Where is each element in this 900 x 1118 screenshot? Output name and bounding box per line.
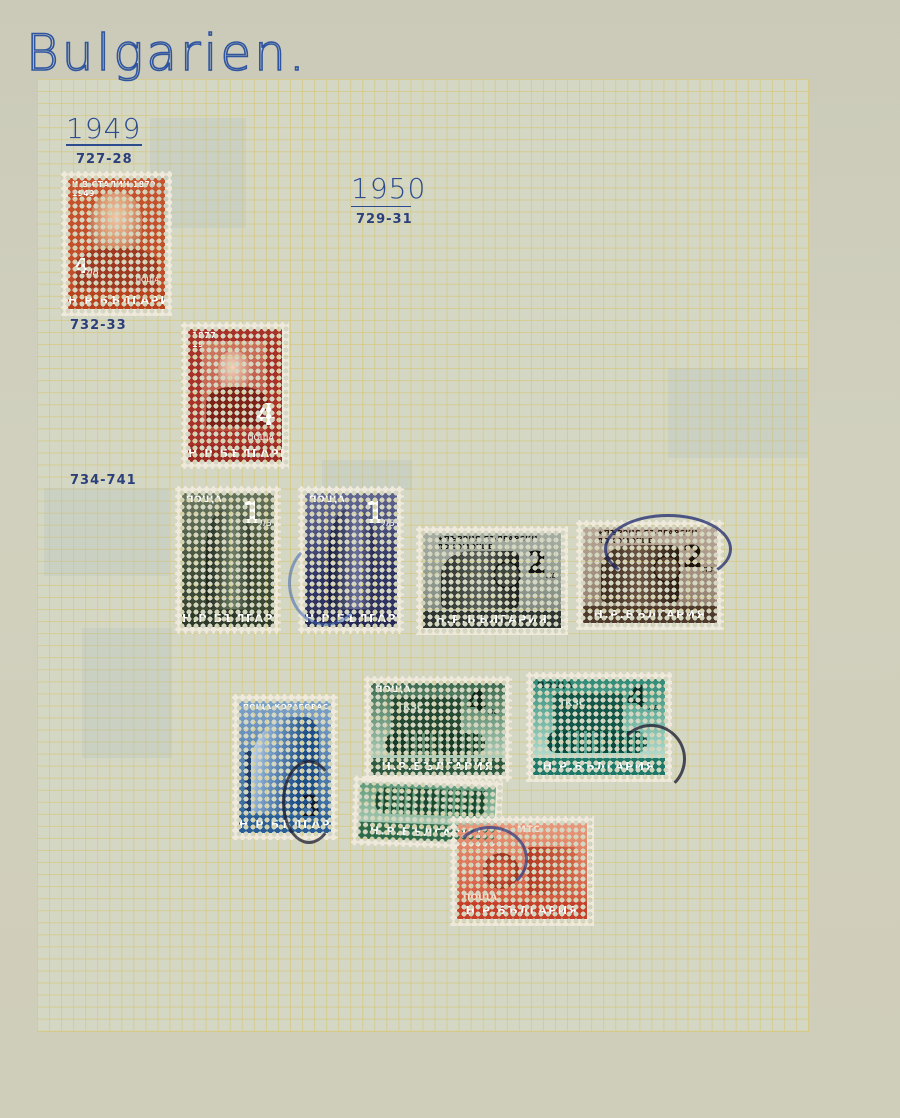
stamp-country: Н.Р.БЪЛГАРИЯ (188, 445, 282, 462)
stamp-miner-green[interactable]: ПОЩА 1 ЛВ Н.Р.БЪЛГАРИЯ (175, 486, 281, 634)
stamp-country: Н.Р.БЪЛГАРИЯ (305, 610, 397, 627)
stamp-country: Н.Р.БЪЛГАРИЯ (583, 606, 717, 623)
tractor-wheel (483, 853, 519, 889)
year-heading-1950: 1950 (351, 172, 426, 205)
ghost-mark (668, 368, 808, 458)
crane (245, 751, 251, 811)
year-underline (66, 144, 142, 146)
catalogue-range: 734-741 (70, 473, 137, 488)
stamp-unit: лв (488, 707, 499, 717)
tractor-badge: ТКЗС (559, 699, 586, 709)
year-underline (351, 206, 411, 207)
locomotive-star (653, 555, 681, 583)
stamp-value: 2 (526, 549, 547, 579)
stamp-post: ПОЩА (136, 276, 159, 284)
stamp-kolarov[interactable]: 1877 1950 4 ПОЩА Н.Р.БЪЛГАРИЯ (181, 322, 289, 469)
stamp-inscription: ПОЩА (537, 681, 573, 691)
album-page: Bulgarien. 1949 727-28 1950 729-31 732-3… (0, 0, 900, 1118)
stamp-miner-blue[interactable]: ПОЩА 1 ЛВ Н.Р.БЪЛГАРИЯ (298, 486, 404, 634)
stamp-unit: ЛВ (259, 519, 272, 529)
stamp-unit: лв (648, 703, 659, 713)
stamp-inscription: ПОЩА КОРАБОВАС (243, 703, 328, 711)
ghost-mark (82, 628, 172, 758)
stamp-unit: лв (476, 789, 487, 799)
stamp-country: Н.Р.БЪЛГАРИЯ (533, 758, 665, 775)
stamp-stalin[interactable]: И.В.СТАЛИН 1879 1949 4 ЛВ ПОЩА Н.Р.БЪЛГА… (61, 171, 172, 316)
stamp-locomotive-grey[interactable]: ★ПЪРВИЯ БЪЛГАРСКИ ЛОКОМОТИВ 2 лв Н.Р.БЪЛ… (416, 526, 568, 635)
stamp-value: 4 (626, 683, 647, 713)
stamp-tractor-teal[interactable]: ПОЩА ТКЗС 4 лв Н.Р.БЪЛГАРИЯ (526, 672, 672, 782)
stamp-ship[interactable]: ПОЩА КОРАБОВАС 3 Н.Р.БЪЛГАРИЯ (232, 694, 338, 840)
stamp-inscription: ПОЩА (309, 495, 345, 505)
stamp-inscription: МТС (517, 825, 540, 835)
stamp-inscription: ПОЩА (375, 685, 411, 695)
stamp-country: Н.Р.БЪЛГАРИЯ (371, 758, 505, 775)
stamp-inscription: ПОЩА (186, 495, 222, 505)
stamp-unit: ЛВ (86, 268, 99, 278)
ghost-mark (44, 488, 169, 576)
stamp-country: Н.Р.БЪЛГАРИЯ (239, 816, 331, 833)
catalogue-range: 732-33 (70, 318, 127, 333)
stamp-country: Н.Р.БЪЛГАРИЯ (457, 902, 587, 919)
stamp-mts-tractor[interactable]: МТС ПОЩА Н.Р.БЪЛГАРИЯ (450, 816, 594, 926)
portrait-head (218, 351, 250, 391)
tractor-tracks (385, 733, 485, 755)
portrait-figure (90, 192, 142, 254)
stamp-country: Н.Р.БЪЛГАРИЯ (182, 610, 274, 627)
stamp-tractor-green[interactable]: ПОЩА ТКЗС 4 лв Н.Р.БЪЛГАРИЯ (364, 676, 512, 782)
page-title: Bulgarien. (26, 24, 308, 82)
stamp-unit: лв (702, 565, 713, 575)
tractor-tracks (547, 731, 647, 753)
stamp-unit: лв (546, 571, 557, 581)
stamp-value: 4 (466, 687, 487, 717)
catalogue-range: 729-31 (356, 212, 413, 227)
stamp-country: Н.Р.БЪЛГАРИЯ (68, 292, 165, 309)
stamp-country: Н.Р.БЪЛГАРИЯ (423, 611, 561, 628)
year-heading-1949: 1949 (66, 112, 141, 145)
stamp-post: ПОЩА (247, 433, 274, 442)
stamp-unit: ЛВ (382, 519, 395, 529)
stamp-value: 2 (682, 543, 703, 573)
catalogue-range: 727-28 (76, 152, 133, 167)
tractor-body (527, 847, 577, 895)
stamp-locomotive-brown[interactable]: ★ПЪРВИЯ БЪЛГАРСКИ ЛОКОМОТИВ 2 лв Н.Р.БЪЛ… (576, 520, 724, 630)
stamp-value: 4 (255, 401, 276, 431)
tractor-tracks (375, 787, 486, 817)
locomotive-star (493, 561, 521, 589)
tractor-badge: ТКЗС (397, 703, 424, 713)
